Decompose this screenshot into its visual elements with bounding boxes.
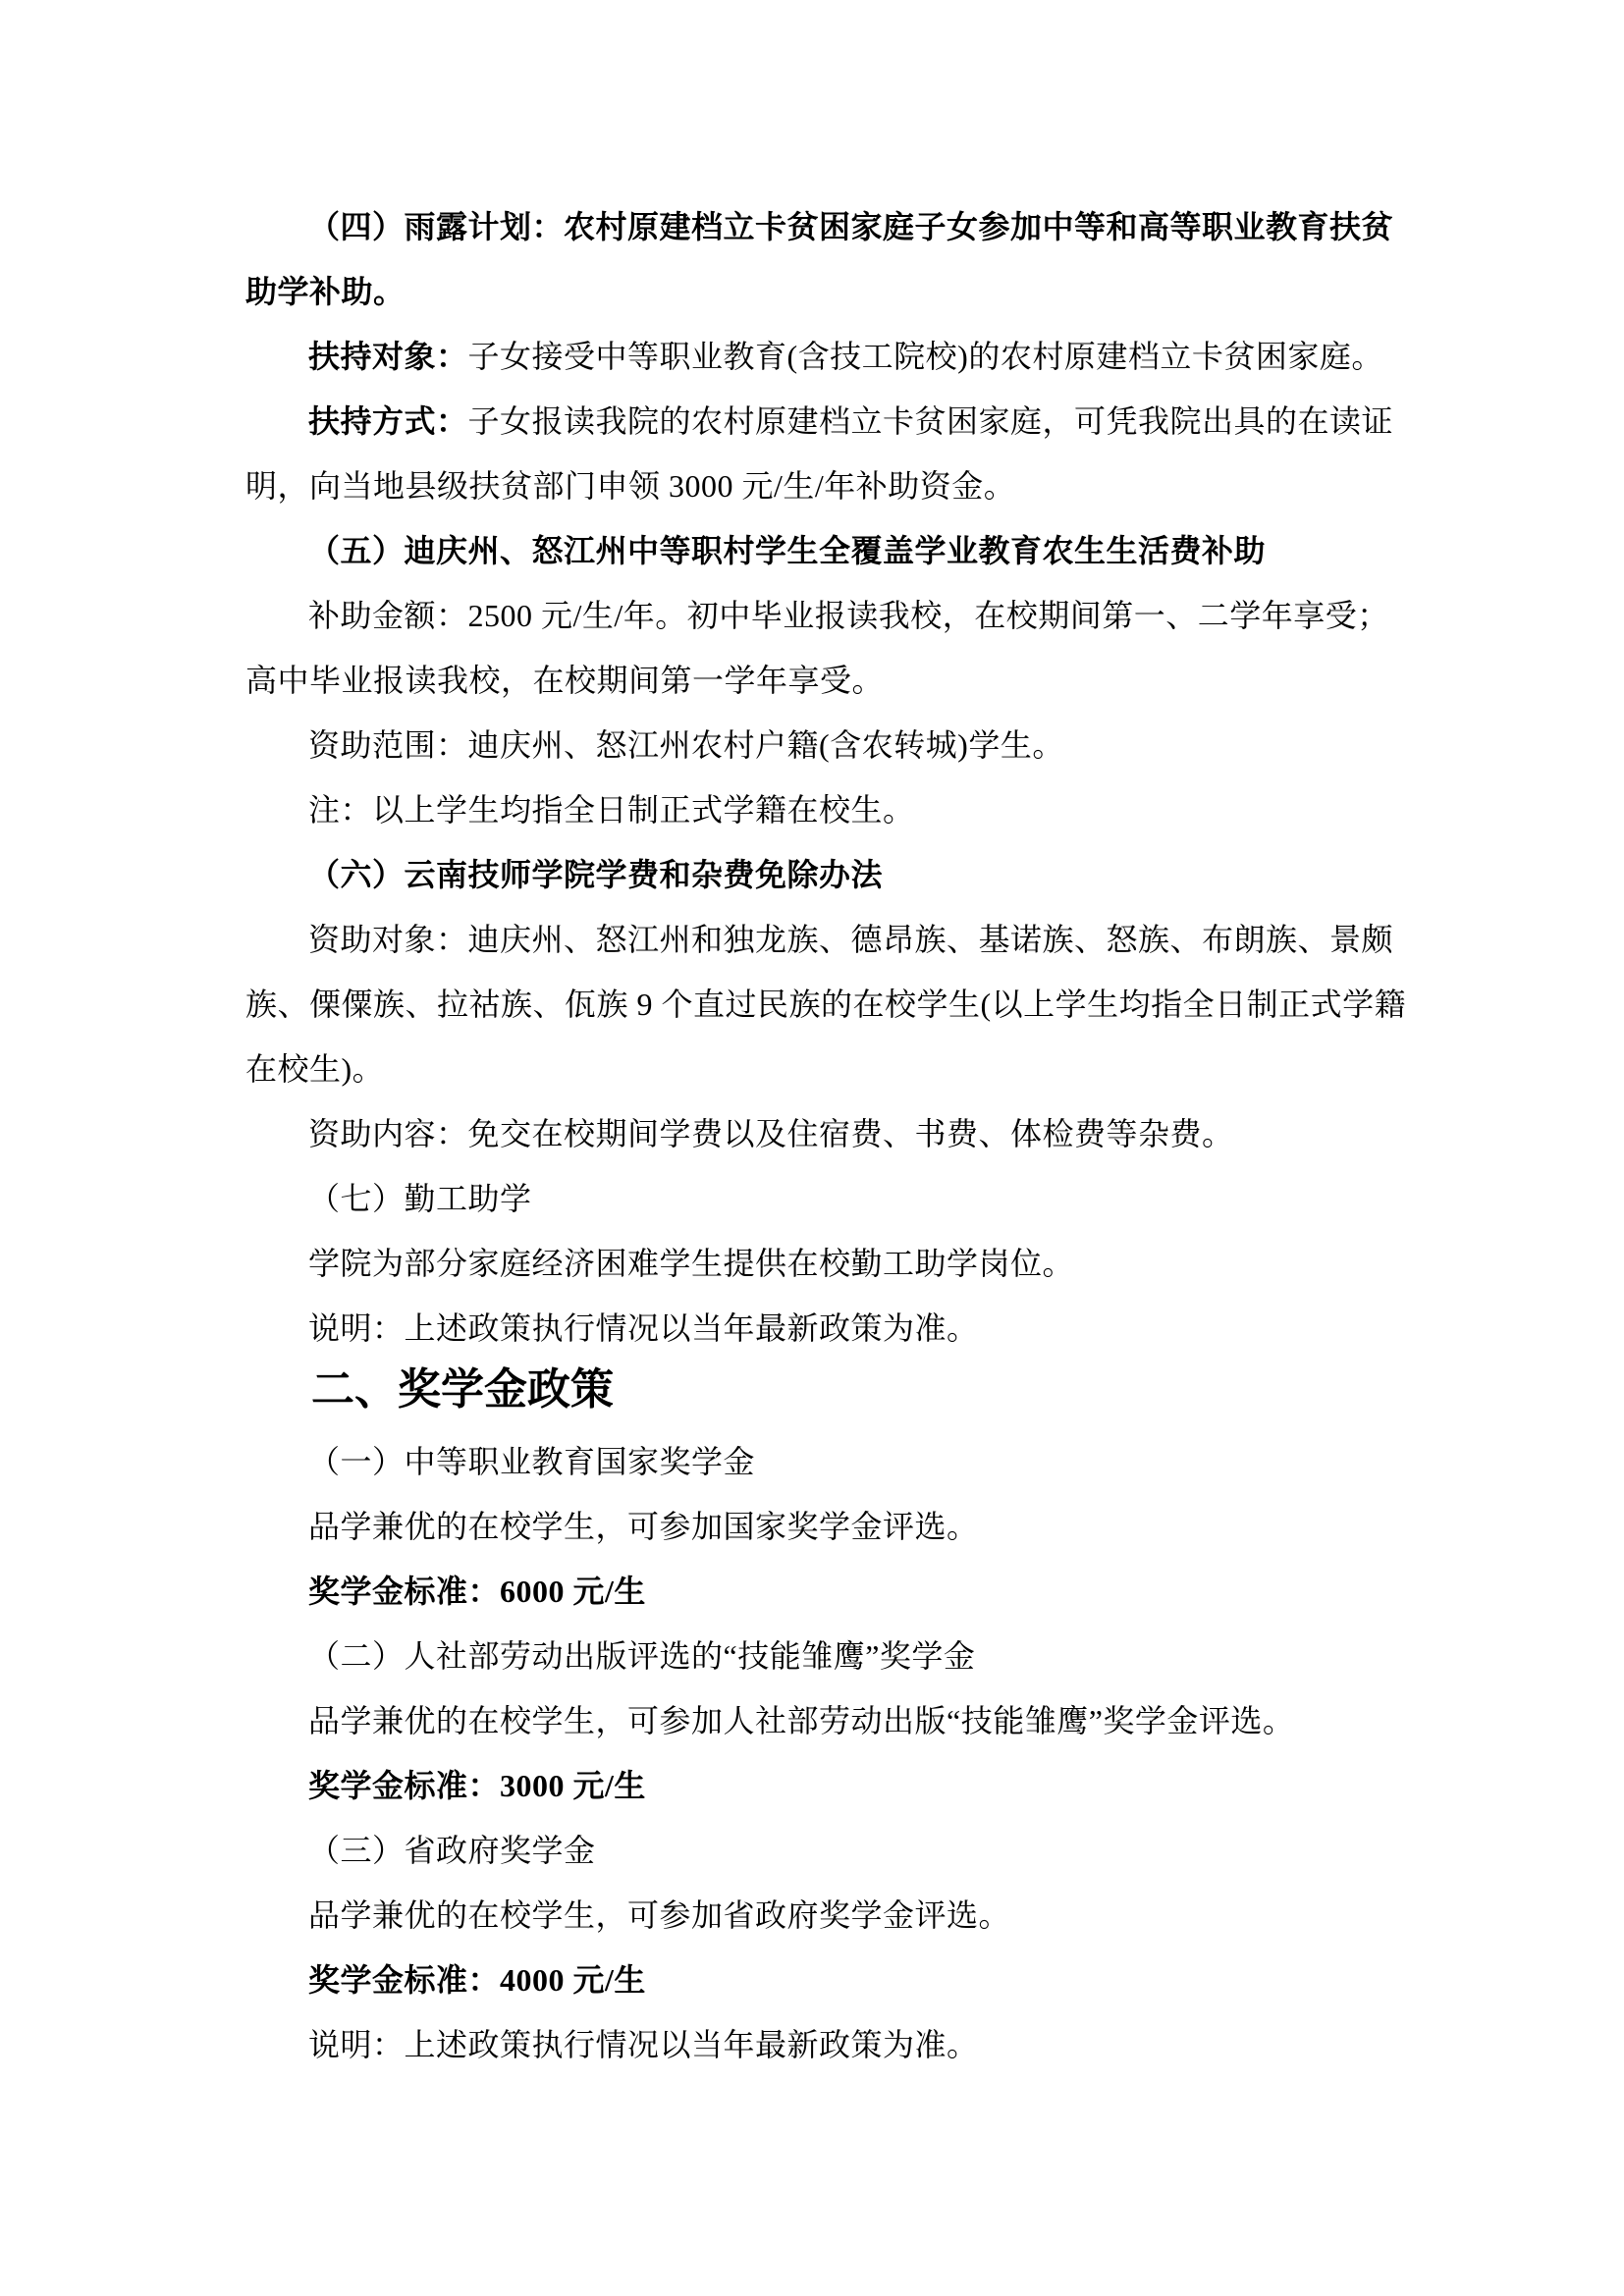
doc-line: 品学兼优的在校学生，可参加人社部劳动出版“技能雏鹰”奖学金评选。: [245, 1688, 1379, 1753]
doc-line-continued: 高中毕业报读我校，在校期间第一学年享受。: [245, 648, 1379, 713]
subsection-heading: （二）人社部劳动出版评选的“技能雏鹰”奖学金: [245, 1624, 1379, 1688]
subsection-heading: （一）中等职业教育国家奖学金: [245, 1429, 1379, 1494]
line-text: （七）勤工助学: [308, 1181, 532, 1216]
line-text: 资助内容：免交在校期间学费以及住宿费、书费、体检费等杂费。: [308, 1116, 1234, 1151]
run-label: 扶持对象：: [308, 339, 468, 374]
line-text: 说明：上述政策执行情况以当年最新政策为准。: [308, 2027, 979, 2062]
run-text: 子女报读我院的农村原建档立卡贫困家庭，可凭我院出具的在读证: [468, 403, 1394, 439]
document-content: （四）雨露计划：农村原建档立卡贫困家庭子女参加中等和高等职业教育扶贫 助学补助。…: [245, 194, 1379, 2077]
subsection-heading: （七）勤工助学: [245, 1166, 1379, 1231]
doc-line: 品学兼优的在校学生，可参加国家奖学金评选。: [245, 1494, 1379, 1559]
line-text: 注：以上学生均指全日制正式学籍在校生。: [308, 792, 915, 828]
doc-line: 资助内容：免交在校期间学费以及住宿费、书费、体检费等杂费。: [245, 1101, 1379, 1166]
line-text: （四）雨露计划：农村原建档立卡贫困家庭子女参加中等和高等职业教育扶贫: [308, 209, 1393, 244]
line-text: 说明：上述政策执行情况以当年最新政策为准。: [308, 1310, 979, 1346]
subsection-heading: （四）雨露计划：农村原建档立卡贫困家庭子女参加中等和高等职业教育扶贫: [245, 194, 1379, 259]
doc-line-continued: 在校生)。: [245, 1037, 1379, 1101]
doc-line: 补助金额：2500 元/生/年。初中毕业报读我校，在校期间第一、二学年享受；: [245, 583, 1379, 648]
subsection-heading: （六）云南技师学院学费和杂费免除办法: [245, 842, 1379, 907]
line-text: 品学兼优的在校学生，可参加省政府奖学金评选。: [308, 1897, 1010, 1933]
line-text: （一）中等职业教育国家奖学金: [308, 1444, 755, 1479]
line-text: 资助范围：迪庆州、怒江州农村户籍(含农转城)学生。: [308, 727, 1064, 763]
doc-line: 资助对象：迪庆州、怒江州和独龙族、德昂族、基诺族、怒族、布朗族、景颇: [245, 907, 1379, 972]
doc-line: 学院为部分家庭经济困难学生提供在校勤工助学岗位。: [245, 1231, 1379, 1296]
doc-line: 说明：上述政策执行情况以当年最新政策为准。: [245, 2012, 1379, 2077]
doc-line-continued: 族、傈僳族、拉祜族、佤族 9 个直过民族的在校学生(以上学生均指全日制正式学籍: [245, 972, 1379, 1037]
line-text: 高中毕业报读我校，在校期间第一学年享受。: [245, 663, 884, 698]
doc-line: 资助范围：迪庆州、怒江州农村户籍(含农转城)学生。: [245, 713, 1379, 777]
run-label: 扶持方式：: [308, 403, 468, 439]
doc-line: 扶持方式：子女报读我院的农村原建档立卡贫困家庭，可凭我院出具的在读证: [245, 389, 1379, 454]
standard-line: 奖学金标准：3000 元/生: [245, 1753, 1379, 1818]
doc-line: 注：以上学生均指全日制正式学籍在校生。: [245, 777, 1379, 842]
line-text: 在校生)。: [245, 1051, 384, 1087]
line-text: 奖学金标准：3000 元/生: [308, 1768, 646, 1803]
line-text: 学院为部分家庭经济困难学生提供在校勤工助学岗位。: [308, 1246, 1074, 1281]
line-text: 奖学金标准：6000 元/生: [308, 1574, 646, 1609]
line-text: 明，向当地县级扶贫部门申领 3000 元/生/年补助资金。: [245, 468, 1015, 504]
doc-line-continued: 明，向当地县级扶贫部门申领 3000 元/生/年补助资金。: [245, 454, 1379, 518]
line-text: 补助金额：2500 元/生/年。初中毕业报读我校，在校期间第一、二学年享受；: [308, 598, 1389, 633]
subsection-heading: （三）省政府奖学金: [245, 1818, 1379, 1883]
line-text: 族、傈僳族、拉祜族、佤族 9 个直过民族的在校学生(以上学生均指全日制正式学籍: [245, 987, 1406, 1022]
line-text: （五）迪庆州、怒江州中等职村学生全覆盖学业教育农生生活费补助: [308, 533, 1266, 568]
line-text: 助学补助。: [245, 274, 406, 309]
subsection-heading: （五）迪庆州、怒江州中等职村学生全覆盖学业教育农生生活费补助: [245, 518, 1379, 583]
section-title: 二、奖学金政策: [245, 1351, 1379, 1429]
document-page: （四）雨露计划：农村原建档立卡贫困家庭子女参加中等和高等职业教育扶贫 助学补助。…: [0, 0, 1624, 2296]
line-text: 品学兼优的在校学生，可参加人社部劳动出版“技能雏鹰”奖学金评选。: [308, 1703, 1294, 1738]
line-text: （三）省政府奖学金: [308, 1833, 596, 1868]
doc-line: 扶持对象：子女接受中等职业教育(含技工院校)的农村原建档立卡贫困家庭。: [245, 324, 1379, 389]
standard-line: 奖学金标准：4000 元/生: [245, 1948, 1379, 2012]
line-text: 资助对象：迪庆州、怒江州和独龙族、德昂族、基诺族、怒族、布朗族、景颇: [308, 922, 1393, 957]
section-title-text: 二、奖学金政策: [311, 1365, 614, 1414]
subsection-heading-continued: 助学补助。: [245, 259, 1379, 324]
standard-line: 奖学金标准：6000 元/生: [245, 1559, 1379, 1624]
doc-line: 品学兼优的在校学生，可参加省政府奖学金评选。: [245, 1883, 1379, 1948]
line-text: 品学兼优的在校学生，可参加国家奖学金评选。: [308, 1509, 979, 1544]
line-text: （二）人社部劳动出版评选的“技能雏鹰”奖学金: [308, 1638, 975, 1674]
line-text: （六）云南技师学院学费和杂费免除办法: [308, 857, 883, 892]
line-text: 奖学金标准：4000 元/生: [308, 1962, 646, 1998]
run-text: 子女接受中等职业教育(含技工院校)的农村原建档立卡贫困家庭。: [468, 339, 1383, 374]
